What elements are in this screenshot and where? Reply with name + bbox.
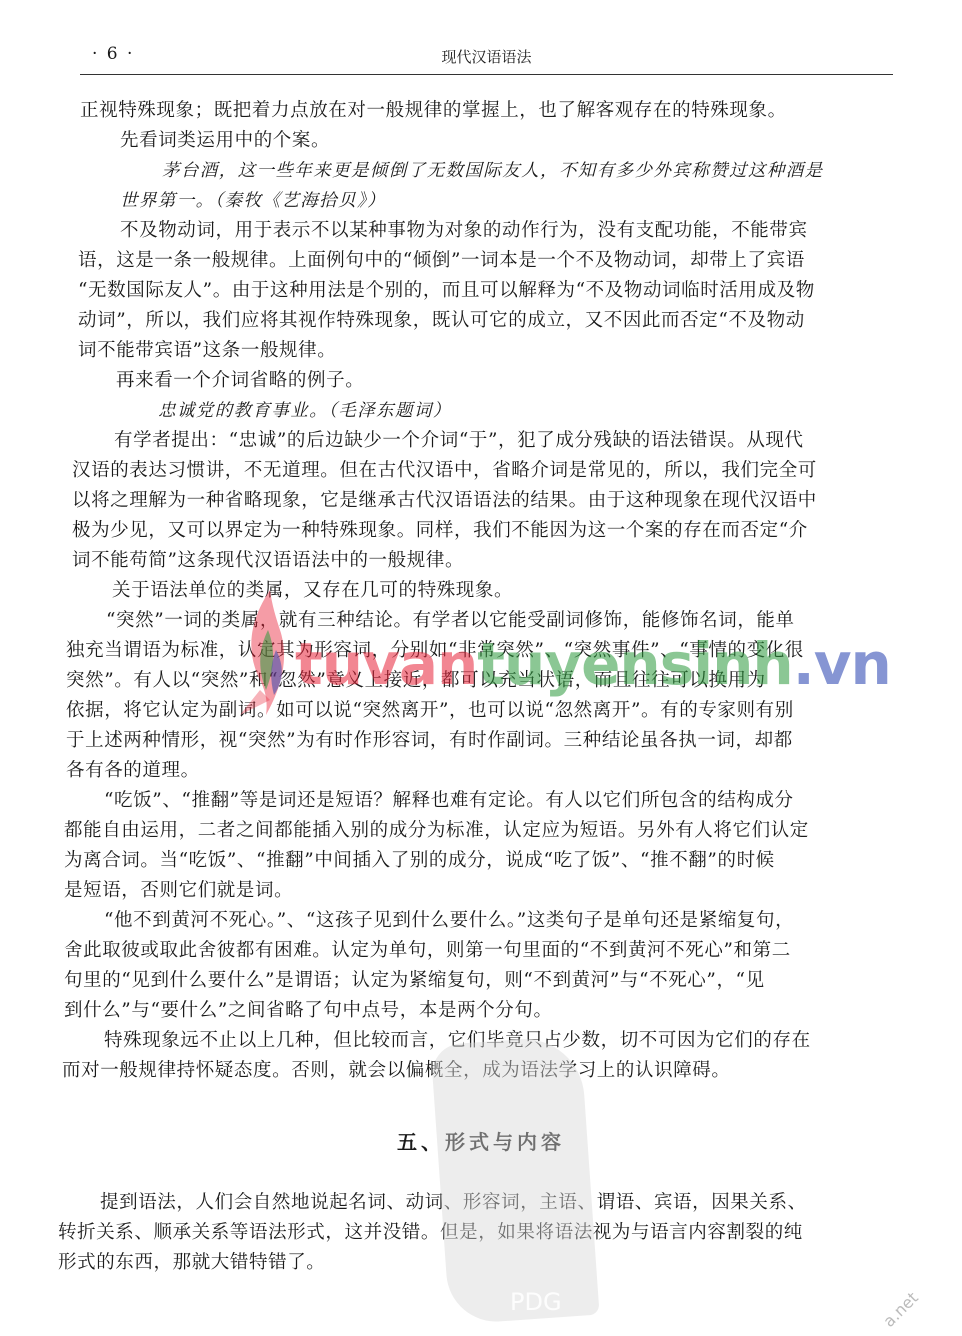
text-line: 突然”。有人以“突然”和“忽然”意义上接近，都可以充当状语，而且往往可以换用为	[62, 666, 892, 696]
text-line: 是短语，否则它们就是词。	[62, 876, 892, 906]
text-line: 正视特殊现象；既把着力点放在对一般规律的掌握上，也了解客观存在的特殊现象。	[62, 96, 892, 126]
text-line: 汉语的表达习惯讲，不无道理。但在古代汉语中，省略介词是常见的，所以，我们完全可	[62, 456, 892, 486]
text-line: 形式的东西，那就大错特错了。	[58, 1248, 888, 1278]
text-line: 关于语法单位的类属，又存在几可的特殊现象。	[62, 576, 892, 606]
corner-watermark-text: a.net	[879, 1288, 922, 1331]
text-line: 有学者提出：“忠诚”的后边缺少一个介词“于”，犯了成分残缺的语法错误。从现代	[62, 426, 892, 456]
seal-watermark-text: PDG	[510, 1288, 562, 1316]
section-body-text: 提到语法，人们会自然地说起名词、动词、形容词，主语、谓语、宾语，因果关系、 转折…	[58, 1188, 888, 1278]
text-line: “吃饭”、“推翻”等是词还是短语？解释也难有定论。有人以它们所包含的结构成分	[62, 786, 892, 816]
text-line: “他不到黄河不死心。”、“这孩子见到什么要什么。”这类句子是单句还是紧缩复句，	[62, 906, 892, 936]
text-line: 到什么”与“要什么”之间省略了句中点号，本是两个分句。	[62, 996, 892, 1026]
text-line: 特殊现象远不止以上几种，但比较而言，它们毕竟只占少数，切不可因为它们的存在	[62, 1026, 892, 1056]
body-text: 正视特殊现象；既把着力点放在对一般规律的掌握上，也了解客观存在的特殊现象。 先看…	[62, 96, 892, 1086]
example-quote: 忠诚党的教育事业。（毛泽东题词）	[62, 396, 892, 426]
text-line: 提到语法，人们会自然地说起名词、动词、形容词，主语、谓语、宾语，因果关系、	[58, 1188, 888, 1218]
text-line: “突然”一词的类属，就有三种结论。有学者以它能受副词修饰，能修饰名词，能单	[62, 606, 892, 636]
running-head: · 6 · 现代汉语语法	[80, 44, 893, 72]
text-line: 以将之理解为一种省略现象，它是继承古代汉语语法的结果。由于这种现象在现代汉语中	[62, 486, 892, 516]
text-line: 为离合词。当“吃饭”、“推翻”中间插入了别的成分，说成“吃了饭”、“推不翻”的时…	[62, 846, 892, 876]
section-heading: 五、形式与内容	[0, 1126, 962, 1155]
text-line: 都能自由运用，二者之间都能插入别的成分为标准，认定应为短语。另外有人将它们认定	[62, 816, 892, 846]
text-line: 再来看一个介词省略的例子。	[62, 366, 892, 396]
text-line: 于上述两种情形，视“突然”为有时作形容词，有时作副词。三种结论虽各执一词，却都	[62, 726, 892, 756]
text-line: 句里的“见到什么要什么”是谓语；认定为紧缩复句，则“不到黄河”与“不死心”，“见	[62, 966, 892, 996]
running-title: 现代汉语语法	[80, 46, 893, 67]
text-line: 而对一般规律持怀疑态度。否则，就会以偏概全，成为语法学习上的认识障碍。	[62, 1056, 892, 1086]
text-line: 转折关系、顺承关系等语法形式，这并没错。但是，如果将语法视为与语言内容割裂的纯	[58, 1218, 888, 1248]
example-quote: 世界第一。（秦牧《艺海拾贝》）	[62, 186, 892, 216]
text-line: 依据，将它认定为副词。如可以说“突然离开”，也可以说“忽然离开”。有的专家则有别	[62, 696, 892, 726]
header-rule	[80, 74, 893, 75]
text-line: 动词”，所以，我们应将其视作特殊现象，既认可它的成立，又不因此而否定“不及物动	[62, 306, 892, 336]
text-line: 先看词类运用中的个案。	[62, 126, 892, 156]
book-page: · 6 · 现代汉语语法 正视特殊现象；既把着力点放在对一般规律的掌握上，也了解…	[0, 0, 962, 1336]
text-line: 不及物动词，用于表示不以某种事物为对象的动作行为，没有支配功能，不能带宾	[62, 216, 892, 246]
text-line: 各有各的道理。	[62, 756, 892, 786]
text-line: 舍此取彼或取此舍彼都有困难。认定为单句，则第一句里面的“不到黄河不死心”和第二	[62, 936, 892, 966]
example-quote: 茅台酒，这一些年来更是倾倒了无数国际友人，不知有多少外宾称赞过这种酒是	[62, 156, 892, 186]
text-line: 极为少见，又可以界定为一种特殊现象。同样，我们不能因为这一个案的存在而否定“介	[62, 516, 892, 546]
text-line: 语，这是一条一般规律。上面例句中的“倾倒”一词本是一个不及物动词，却带上了宾语	[62, 246, 892, 276]
text-line: “无数国际友人”。由于这种用法是个别的，而且可以解释为“不及物动词临时活用成及物	[62, 276, 892, 306]
text-line: 词不能苟简”这条现代汉语语法中的一般规律。	[62, 546, 892, 576]
text-line: 词不能带宾语”这条一般规律。	[62, 336, 892, 366]
text-line: 独充当谓语为标准，认定其为形容词，分别如“非常突然”、“突然事件”、“事情的变化…	[62, 636, 892, 666]
